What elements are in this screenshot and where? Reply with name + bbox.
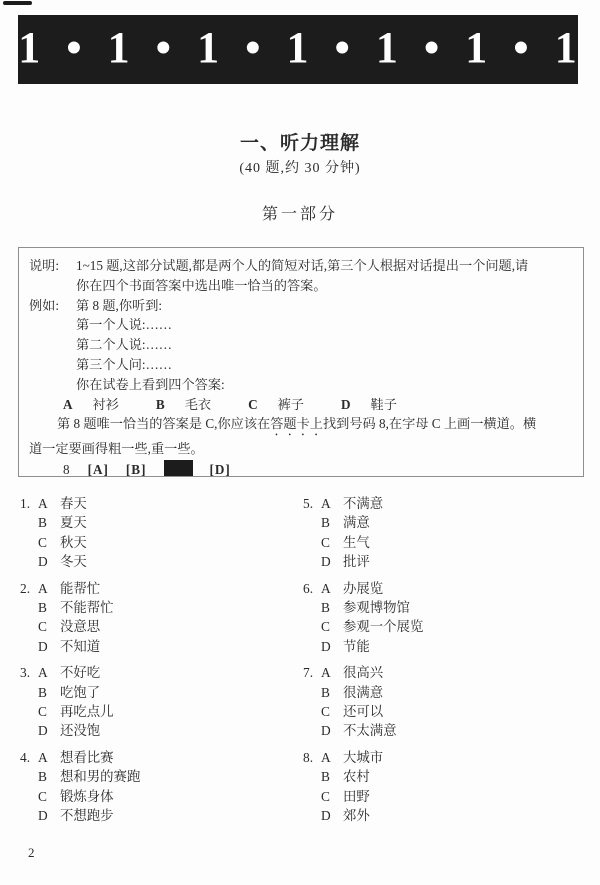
option-letter: C <box>38 702 60 721</box>
option-text: 田野 <box>343 787 588 806</box>
question-number <box>20 598 38 617</box>
option-letter: B <box>321 598 343 617</box>
option-letter: B <box>321 767 343 786</box>
option-letter: C <box>321 617 343 636</box>
option-text: 还可以 <box>343 702 588 721</box>
example-option-letter: B <box>156 397 165 412</box>
option-letter: D <box>321 552 343 571</box>
explanation-emphasized: 答题卡上 <box>270 416 323 431</box>
option-text: 春天 <box>60 494 292 513</box>
answer-choice-c-filled-mark <box>164 460 193 476</box>
option-row: D不知道 <box>20 637 292 656</box>
speaker-line-3: 第三个人问:…… <box>29 355 574 375</box>
option-text: 不太满意 <box>343 721 588 740</box>
chapter-banner-text: 1 • 1 • 1 • 1 • 1 • 1 • 1 <box>18 26 577 70</box>
option-text: 不想跑步 <box>60 806 292 825</box>
option-letter: B <box>38 598 60 617</box>
example-options-row: A衬衫B毛衣C裤子D鞋子 <box>29 395 574 415</box>
option-letter: A <box>38 579 60 598</box>
option-row: B吃饱了 <box>20 683 292 702</box>
question-number <box>303 767 321 786</box>
option-letter: C <box>38 533 60 552</box>
question-number: 8. <box>303 748 321 767</box>
option-text: 郊外 <box>343 806 588 825</box>
option-letter: A <box>321 494 343 513</box>
speaker-line-1: 第一个人说:…… <box>29 315 574 335</box>
option-text: 很高兴 <box>343 663 588 682</box>
option-letter: D <box>38 721 60 740</box>
option-text: 不好吃 <box>60 663 292 682</box>
explanation-after: 找到号码 8,在字母 C 上画一横道。横 <box>323 416 536 431</box>
question-3: 3.A不好吃B吃饱了C再吃点儿D还没饱 <box>20 663 292 741</box>
chapter-banner: 1 • 1 • 1 • 1 • 1 • 1 • 1 <box>18 15 578 84</box>
question-number: 3. <box>20 663 38 682</box>
option-text: 很满意 <box>343 683 588 702</box>
scan-artifact <box>3 1 32 5</box>
option-text: 想看比赛 <box>60 748 292 767</box>
question-number <box>303 513 321 532</box>
question-number <box>20 617 38 636</box>
option-text: 办展览 <box>343 579 588 598</box>
question-6: 6.A办展览B参观博物馆C参观一个展览D节能 <box>303 579 588 657</box>
option-text: 想和男的赛跑 <box>60 767 292 786</box>
example-option-letter: D <box>341 397 351 412</box>
option-letter: D <box>321 721 343 740</box>
question-8: 8.A大城市B农村C田野D郊外 <box>303 748 588 826</box>
example-answer-row: 8[A][B][D] <box>29 460 574 480</box>
option-text: 吃饱了 <box>60 683 292 702</box>
question-number <box>303 637 321 656</box>
option-row: D郊外 <box>303 806 588 825</box>
option-row: C锻炼身体 <box>20 787 292 806</box>
option-text: 锻炼身体 <box>60 787 292 806</box>
option-row: B夏天 <box>20 513 292 532</box>
option-text: 不能帮忙 <box>60 598 292 617</box>
option-letter: B <box>321 513 343 532</box>
answer-choice-a: [A] <box>88 462 109 477</box>
option-text: 农村 <box>343 767 588 786</box>
question-number: 6. <box>303 579 321 598</box>
option-row: D不想跑步 <box>20 806 292 825</box>
option-row: D不太满意 <box>303 721 588 740</box>
option-text: 再吃点儿 <box>60 702 292 721</box>
page-number: 2 <box>28 845 35 861</box>
option-row: D节能 <box>303 637 588 656</box>
option-letter: B <box>38 767 60 786</box>
option-letter: C <box>321 533 343 552</box>
option-letter: B <box>321 683 343 702</box>
option-letter: A <box>38 663 60 682</box>
option-letter: B <box>38 513 60 532</box>
option-letter: A <box>38 494 60 513</box>
question-number: 7. <box>303 663 321 682</box>
option-row: D还没饱 <box>20 721 292 740</box>
option-row: B参观博物馆 <box>303 598 588 617</box>
option-text: 还没饱 <box>60 721 292 740</box>
example-intro-line: 例如:第 8 题,你听到: <box>29 296 574 316</box>
question-number <box>303 787 321 806</box>
question-number <box>20 637 38 656</box>
option-letter: A <box>321 748 343 767</box>
question-2: 2.A能帮忙B不能帮忙C没意思D不知道 <box>20 579 292 657</box>
question-number <box>303 617 321 636</box>
question-number: 1. <box>20 494 38 513</box>
example-label: 例如: <box>29 296 76 316</box>
option-row: D批评 <box>303 552 588 571</box>
question-number <box>20 767 38 786</box>
answer-choice-b: [B] <box>126 462 147 477</box>
option-letter: A <box>38 748 60 767</box>
answer-choice-d: [D] <box>210 462 231 477</box>
option-text: 批评 <box>343 552 588 571</box>
option-row: B满意 <box>303 513 588 532</box>
question-number <box>20 683 38 702</box>
option-text: 节能 <box>343 637 588 656</box>
see-answers-line: 你在试卷上看到四个答案: <box>29 375 574 395</box>
question-number <box>20 513 38 532</box>
question-number <box>20 787 38 806</box>
question-number <box>303 598 321 617</box>
option-text: 夏天 <box>60 513 292 532</box>
example-option-text: 裤子 <box>278 397 304 412</box>
option-row: 5.A不满意 <box>303 494 588 513</box>
option-text: 大城市 <box>343 748 588 767</box>
questions-column-left: 1.A春天B夏天C秋天D冬天2.A能帮忙B不能帮忙C没意思D不知道3.A不好吃B… <box>20 494 292 833</box>
example-intro-text: 第 8 题,你听到: <box>76 298 162 313</box>
instructions-line-1: 说明:1~15 题,这部分试题,都是两个人的简短对话,第三个人根据对话提出一个问… <box>29 256 574 276</box>
option-text: 生气 <box>343 533 588 552</box>
test-paper-page: 1 • 1 • 1 • 1 • 1 • 1 • 1 一、听力理解 (40 题,约… <box>0 0 600 885</box>
question-number <box>20 702 38 721</box>
option-letter: A <box>321 579 343 598</box>
option-row: B很满意 <box>303 683 588 702</box>
section-subtitle: (40 题,约 30 分钟) <box>0 157 600 177</box>
option-row: D冬天 <box>20 552 292 571</box>
option-letter: D <box>38 552 60 571</box>
explanation-line-2: 道一定要画得粗一些,重一些。 <box>29 439 574 459</box>
example-option-text: 鞋子 <box>371 397 397 412</box>
option-text: 不满意 <box>343 494 588 513</box>
option-letter: D <box>321 806 343 825</box>
option-row: B想和男的赛跑 <box>20 767 292 786</box>
option-letter: C <box>38 787 60 806</box>
instructions-label: 说明: <box>29 256 76 276</box>
question-1: 1.A春天B夏天C秋天D冬天 <box>20 494 292 572</box>
option-row: C还可以 <box>303 702 588 721</box>
option-row: C生气 <box>303 533 588 552</box>
option-text: 冬天 <box>60 552 292 571</box>
question-number <box>303 702 321 721</box>
example-answer-number: 8 <box>63 462 70 477</box>
option-row: C参观一个展览 <box>303 617 588 636</box>
option-letter: C <box>38 617 60 636</box>
question-number <box>20 806 38 825</box>
questions-column-right: 5.A不满意B满意C生气D批评6.A办展览B参观博物馆C参观一个展览D节能7.A… <box>303 494 588 833</box>
explanation-before: 第 8 题唯一恰当的答案是 C,你应该在 <box>57 416 270 431</box>
question-number <box>303 806 321 825</box>
section-title: 一、听力理解 <box>0 128 600 155</box>
option-text: 不知道 <box>60 637 292 656</box>
instructions-line-2: 你在四个书面答案中选出唯一恰当的答案。 <box>29 276 574 296</box>
question-number: 2. <box>20 579 38 598</box>
option-row: B农村 <box>303 767 588 786</box>
option-text: 秋天 <box>60 533 292 552</box>
question-4: 4.A想看比赛B想和男的赛跑C锻炼身体D不想跑步 <box>20 748 292 826</box>
question-number <box>20 533 38 552</box>
option-text: 参观博物馆 <box>343 598 588 617</box>
question-number <box>303 721 321 740</box>
option-row: C没意思 <box>20 617 292 636</box>
option-row: 4.A想看比赛 <box>20 748 292 767</box>
example-option-letter: A <box>63 397 73 412</box>
option-row: 6.A办展览 <box>303 579 588 598</box>
option-row: 1.A春天 <box>20 494 292 513</box>
instruction-box: 说明:1~15 题,这部分试题,都是两个人的简短对话,第三个人根据对话提出一个问… <box>18 247 584 477</box>
option-text: 满意 <box>343 513 588 532</box>
option-letter: C <box>321 702 343 721</box>
option-letter: D <box>38 806 60 825</box>
option-text: 参观一个展览 <box>343 617 588 636</box>
part-title: 第一部分 <box>0 201 600 224</box>
option-row: B不能帮忙 <box>20 598 292 617</box>
speaker-line-2: 第二个人说:…… <box>29 335 574 355</box>
example-option-letter: C <box>248 397 258 412</box>
option-row: C再吃点儿 <box>20 702 292 721</box>
option-row: C秋天 <box>20 533 292 552</box>
option-text: 没意思 <box>60 617 292 636</box>
option-letter: A <box>321 663 343 682</box>
explanation-line-1: 第 8 题唯一恰当的答案是 C,你应该在答题卡上找到号码 8,在字母 C 上画一… <box>29 414 574 439</box>
instructions-text-1: 1~15 题,这部分试题,都是两个人的简短对话,第三个人根据对话提出一个问题,请 <box>76 258 528 273</box>
question-5: 5.A不满意B满意C生气D批评 <box>303 494 588 572</box>
question-number <box>303 683 321 702</box>
example-option-text: 毛衣 <box>185 397 211 412</box>
question-7: 7.A很高兴B很满意C还可以D不太满意 <box>303 663 588 741</box>
option-row: C田野 <box>303 787 588 806</box>
option-letter: C <box>321 787 343 806</box>
option-text: 能帮忙 <box>60 579 292 598</box>
question-number: 5. <box>303 494 321 513</box>
question-number <box>303 552 321 571</box>
option-letter: D <box>38 637 60 656</box>
example-option-text: 衬衫 <box>93 397 119 412</box>
option-row: 8.A大城市 <box>303 748 588 767</box>
option-row: 7.A很高兴 <box>303 663 588 682</box>
question-number: 4. <box>20 748 38 767</box>
option-row: 3.A不好吃 <box>20 663 292 682</box>
option-row: 2.A能帮忙 <box>20 579 292 598</box>
question-number <box>20 552 38 571</box>
question-number <box>20 721 38 740</box>
option-letter: D <box>321 637 343 656</box>
question-number <box>303 533 321 552</box>
option-letter: B <box>38 683 60 702</box>
